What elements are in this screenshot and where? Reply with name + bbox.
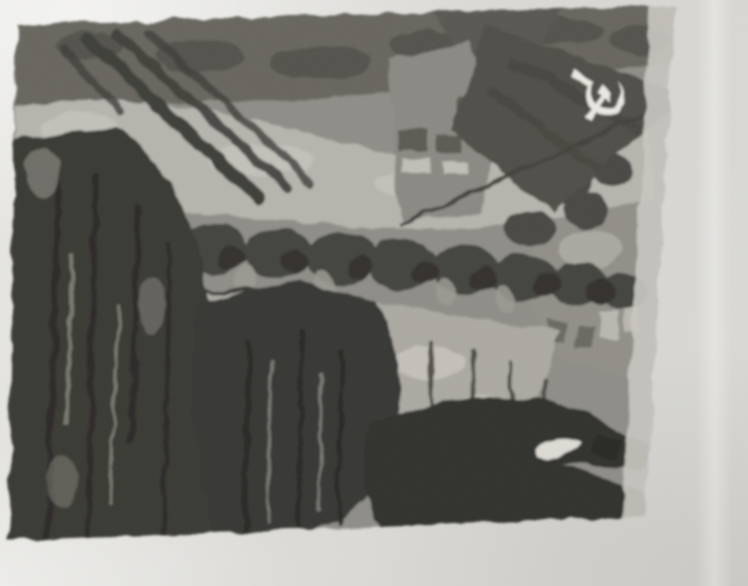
printed-painting-canvas: ☭: [0, 0, 748, 586]
film-grain-overlay: [0, 0, 748, 586]
photo-of-printed-page: ☭: [0, 0, 748, 586]
